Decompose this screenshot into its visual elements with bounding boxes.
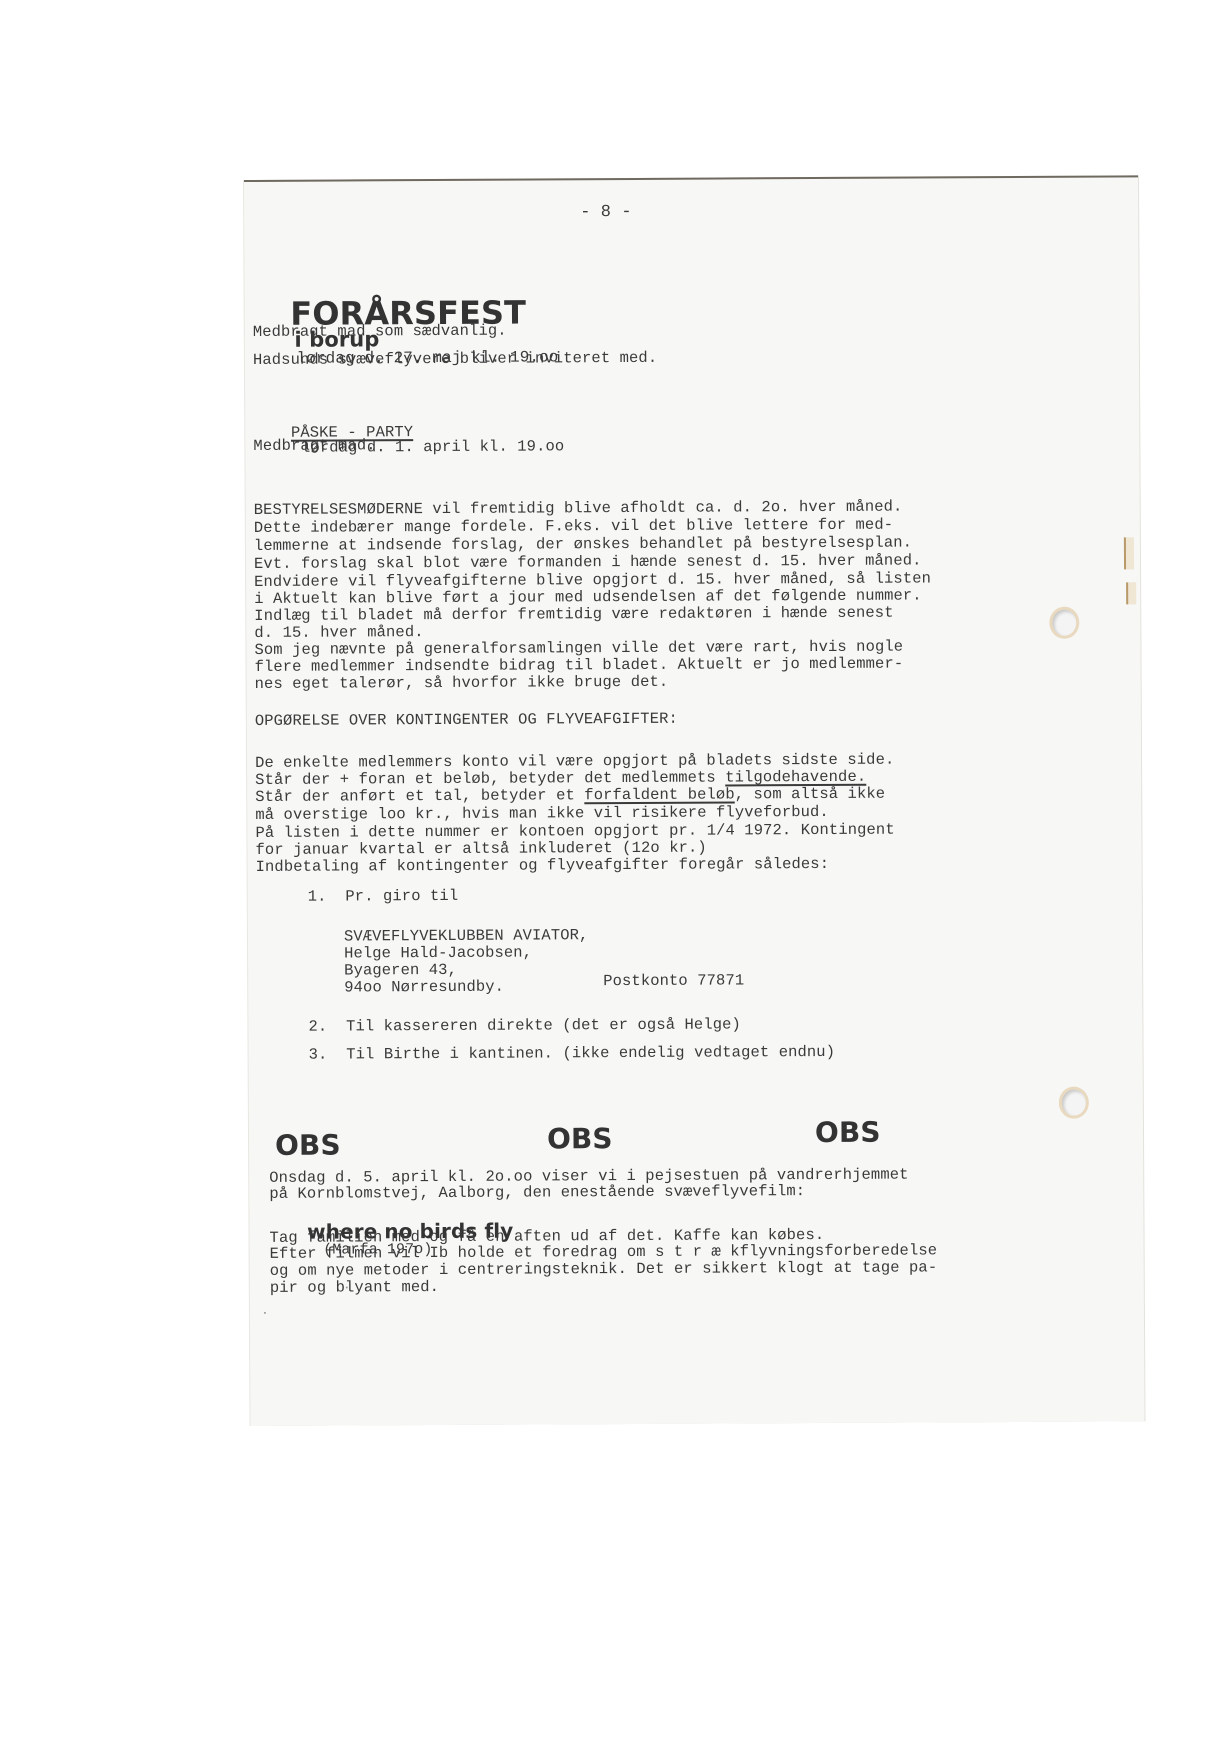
speck — [346, 1286, 348, 1288]
address-line: Byageren 43, — [344, 963, 457, 979]
address-line: Helge Hald-Jacobsen, — [344, 946, 532, 962]
obs-line: på Kornblomstvej, Aalborg, den eneståend… — [269, 1184, 805, 1202]
paper-tear — [1124, 537, 1134, 569]
list-number: 2. — [308, 1018, 327, 1036]
bestyrelse-line: nes eget talerør, så hvorfor ikke bruge … — [255, 675, 669, 693]
bestyrelse-line: d. 15. hver måned. — [254, 625, 423, 641]
address-line: 94oo Nørresundby. — [344, 980, 504, 996]
obs-line: og om nye metoder i centreringsteknik. D… — [270, 1260, 938, 1279]
payment-item-1: 1. Pr. giro til — [308, 889, 459, 905]
forarsfest-line: Medbragt mad som sædvanlig. — [253, 324, 507, 341]
bestyrelse-paragraph: BESTYRELSESMØDERNE vil fremtidig blive a… — [244, 177, 1138, 182]
opgorelse-heading: OPGØRELSE OVER KONTINGENTER OG FLYVEAFGI… — [255, 712, 678, 730]
list-text: Pr. giro til — [345, 887, 458, 906]
forfaldent-belob-underlined: forfaldent beløb — [584, 785, 735, 804]
punch-hole — [1062, 1090, 1086, 1116]
speck — [264, 1312, 266, 1314]
tilgodehavende-underlined: tilgodehavende. — [725, 768, 866, 787]
obs-label: OBS — [547, 1125, 613, 1153]
payment-item-3: 3. Til Birthe i kantinen. (ikke endelig … — [309, 1045, 836, 1063]
bestyrelse-line: Indlæg til bladet må derfor fremtidig væ… — [254, 606, 893, 625]
list-number: 3. — [309, 1046, 328, 1064]
paper-tear — [1126, 582, 1136, 604]
paske-line: Medbragt mad. — [253, 438, 375, 454]
opgorelse-line: Indbetaling af kontingenter og flyveafgi… — [256, 857, 830, 876]
document-page: - 8 - FORÅRSFEST i borup lørdag d. 27. m… — [244, 175, 1145, 1426]
list-text: Til kassereren direkte (det er også Helg… — [346, 1015, 741, 1035]
text: Står der anført et tal, betyder et — [255, 786, 584, 806]
forarsfest-line: Hadsunds svæveflyvere bliver inviteret m… — [253, 351, 657, 369]
obs-label: OBS — [275, 1132, 341, 1160]
list-text: Til Birthe i kantinen. (ikke endelig ved… — [346, 1043, 835, 1064]
payment-item-2: 2. Til kassereren direkte (det er også H… — [308, 1017, 741, 1035]
address-line: SVÆVEFLYVEKLUBBEN AVIATOR, — [344, 928, 589, 945]
postkonto: Postkonto 77871 — [603, 973, 744, 989]
page-number: - 8 - — [580, 204, 632, 221]
obs-line: pir og blyant med. — [270, 1280, 439, 1296]
text: , som altså ikke — [735, 785, 886, 804]
list-number: 1. — [308, 888, 327, 906]
punch-hole — [1052, 610, 1076, 636]
obs-label: OBS — [815, 1119, 881, 1147]
